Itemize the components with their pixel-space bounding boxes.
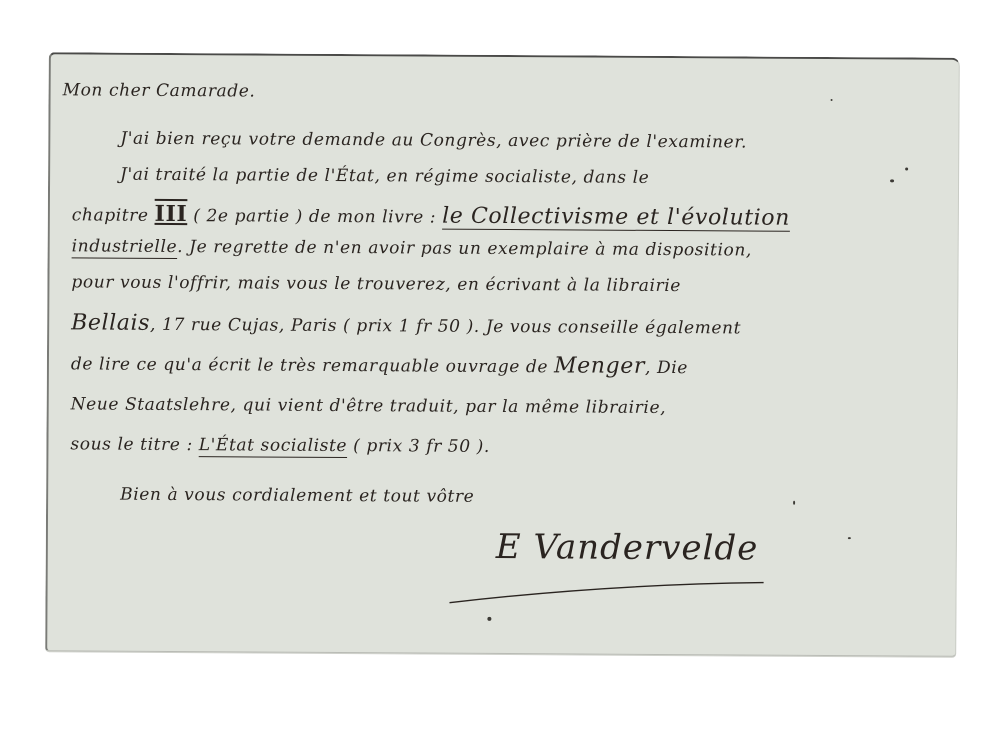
letter-line-4: industrielle. Je regrette de n'en avoir … <box>72 236 752 260</box>
paper-speck <box>487 617 491 621</box>
translated-title: L'État socialiste <box>199 435 347 456</box>
text-segment: de lire ce qu'a écrit le très remarquabl… <box>71 354 554 377</box>
text-segment: ( 2e partie ) de mon livre : <box>187 206 442 228</box>
paper-speck <box>831 99 833 101</box>
letter-line-8: Neue Staatslehre, qui vient d'être tradu… <box>71 394 667 418</box>
publisher-name: Bellais <box>71 310 150 335</box>
book-title-part-2: industrielle <box>72 236 178 257</box>
letter-line-6: Bellais, 17 rue Cujas, Paris ( prix 1 fr… <box>71 310 741 339</box>
chapter-numeral: III <box>155 201 188 227</box>
letter-line-7: de lire ce qu'a écrit le très remarquabl… <box>71 350 688 379</box>
paper-speck <box>905 167 908 170</box>
text-segment: chapitre <box>72 205 155 226</box>
letter-line-2: J'ai traité la partie de l'État, en régi… <box>120 165 649 188</box>
postcard: Mon cher Camarade. J'ai bien reçu votre … <box>45 52 960 657</box>
letter-line-3: chapitre III ( 2e partie ) de mon livre … <box>72 200 790 230</box>
text-segment: . Je regrette de n'en avoir pas un exemp… <box>177 237 752 261</box>
text-segment: , Die <box>645 358 688 378</box>
closing: Bien à vous cordialement et tout vôtre <box>120 485 474 507</box>
paper-speck <box>848 537 851 539</box>
text-segment: , 17 rue Cujas, Paris ( prix 1 fr 50 ). … <box>150 315 741 339</box>
signature-flourish <box>447 577 767 607</box>
letter-line-5: pour vous l'offrir, mais vous le trouver… <box>71 272 681 296</box>
text-segment: sous le titre : <box>70 434 198 455</box>
letter-line-1: J'ai bien reçu votre demande au Congrès,… <box>120 129 747 153</box>
salutation: Mon cher Camarade. <box>63 80 256 101</box>
author-name: Menger <box>554 353 645 379</box>
book-title-part-1: le Collectivisme et l'évolution <box>442 204 790 231</box>
letter-line-9: sous le titre : L'État socialiste ( prix… <box>70 434 490 457</box>
paper-speck <box>793 501 795 505</box>
text-segment: ( prix 3 fr 50 ). <box>347 436 490 457</box>
paper-speck <box>890 179 894 182</box>
signature: E Vandervelde <box>496 527 759 569</box>
